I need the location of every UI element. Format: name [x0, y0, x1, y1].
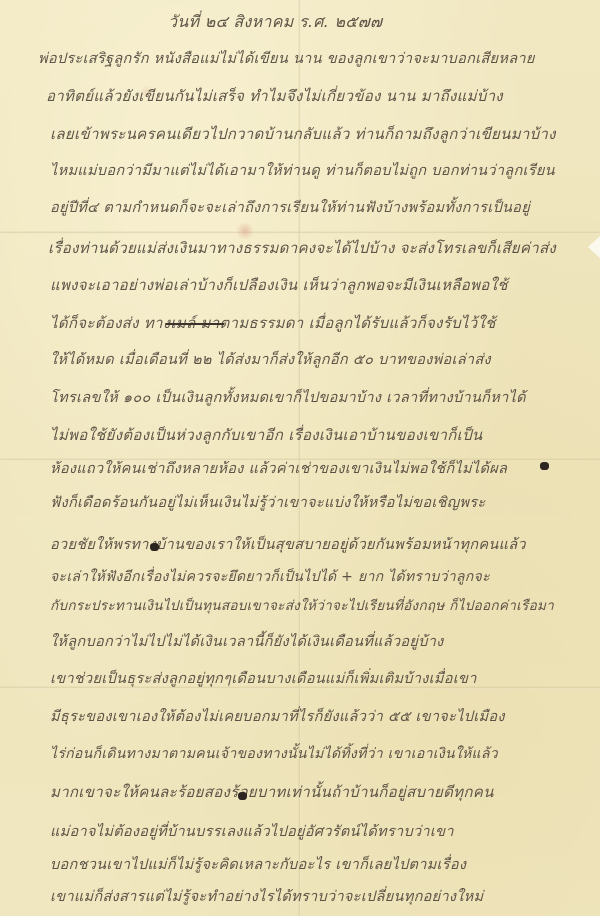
letter-line: ได้ก็จะต้องส่ง ทางเมล์ มาตามธรรมดา เมื่อ… — [50, 311, 496, 335]
letter-page: วันที่ ๒๔ สิงหาคม ร.ศ. ๒๕๗๗ พ่อประเสริฐล… — [0, 0, 600, 916]
letter-line: แม่อาจไม่ต้องอยู่ที่บ้านบรรเลงแล้วไปอยู่… — [50, 820, 454, 843]
letter-line: ให้ได้หมด เมื่อเดือนที่ ๒๒ ได้ส่งมาก็ส่ง… — [50, 348, 491, 371]
letter-line: ห้องแถวให้คนเช่าถึงหลายห้อง แล้วค่าเช่าข… — [50, 457, 507, 480]
ink-blot — [540, 462, 549, 470]
letter-line: จะเล่าให้ฟังอีกเรื่องไม่ควรจะยึดยาวก็เป็… — [50, 566, 490, 588]
letter-line: ฟังก็เดือดร้อนกันอยู่ไม่เห็นเงินไม่รู้ว่… — [50, 491, 485, 514]
paper-tear — [588, 236, 600, 258]
letter-line: ไหมแม่บอกว่ามีมาแต่ไม่ได้เอามาให้ท่านดู … — [50, 159, 555, 182]
letter-line: กับกระประทานเงินไปเป็นทุนสอบเขาจะส่งให้ว… — [50, 594, 554, 616]
letter-line: อยู่ปีที่๔ ตามกำหนดก็จะจะเล่าถึงการเรียน… — [50, 196, 530, 219]
strikethrough-mark — [166, 323, 224, 325]
letter-line: แพงจะเอาอย่างพ่อเล่าบ้างก็เปลืองเงิน เห็… — [50, 273, 508, 297]
letter-line: อาทิตย์แล้วยังเขียนกันไม่เสร็จ ทำไมจึงไม… — [46, 84, 503, 108]
letter-line: ให้ลูกบอกว่าไม่ไปไม่ได้เงินเวลานี้ก็ยังไ… — [50, 630, 444, 653]
letter-line: พ่อประเสริฐลูกรัก หนังสือแม่ไม่ได้เขียน … — [38, 47, 535, 70]
letter-line: ไร่ก่อนก็เดินทางมาตามคนเจ้าของทางนั้นไม่… — [50, 743, 498, 765]
letter-line: ไม่พอใช้ยังต้องเป็นห่วงลูกกับเขาอีก เรื่… — [50, 423, 482, 447]
letter-line: อวยชัยให้พรทางบ้านของเราให้เป็นสุขสบายอย… — [50, 533, 526, 556]
letter-line: เรื่องท่านด้วยแม่ส่งเงินมาทางธรรมดาคงจะไ… — [48, 236, 556, 260]
letter-line: โทรเลขให้ ๑๐๐ เป็นเงินลูกทั้งหมดเขาก็ไปข… — [50, 386, 526, 409]
horizontal-fold-crease — [0, 231, 600, 234]
letter-line: เขาช่วยเป็นธุระส่งลูกอยู่ทุกๆเดือนบางเดื… — [50, 667, 477, 690]
date-line: วันที่ ๒๔ สิงหาคม ร.ศ. ๒๕๗๗ — [168, 10, 382, 35]
letter-line: บอกชวนเขาไปแม่ก็ไม่รู้จะคิดเหลาะกับอะไร … — [50, 853, 466, 876]
ink-blot — [238, 792, 247, 800]
letter-line: มากเขาจะให้คนละร้อยสองร้อยบาทเท่านั้นถ้า… — [50, 780, 494, 804]
ink-blot — [150, 543, 159, 551]
letter-line: เลยเข้าพระนครคนเดียวไปกวาดบ้านกลับแล้ว ท… — [50, 122, 556, 146]
letter-line: มีธุระของเขาเองให้ต้องไม่เคยบอกมาที่ไรก็… — [50, 705, 505, 728]
letter-line: เขาแม่ก็ส่งสารแต่ไม่รู้จะทำอย่างไรได้ทรา… — [50, 885, 483, 908]
